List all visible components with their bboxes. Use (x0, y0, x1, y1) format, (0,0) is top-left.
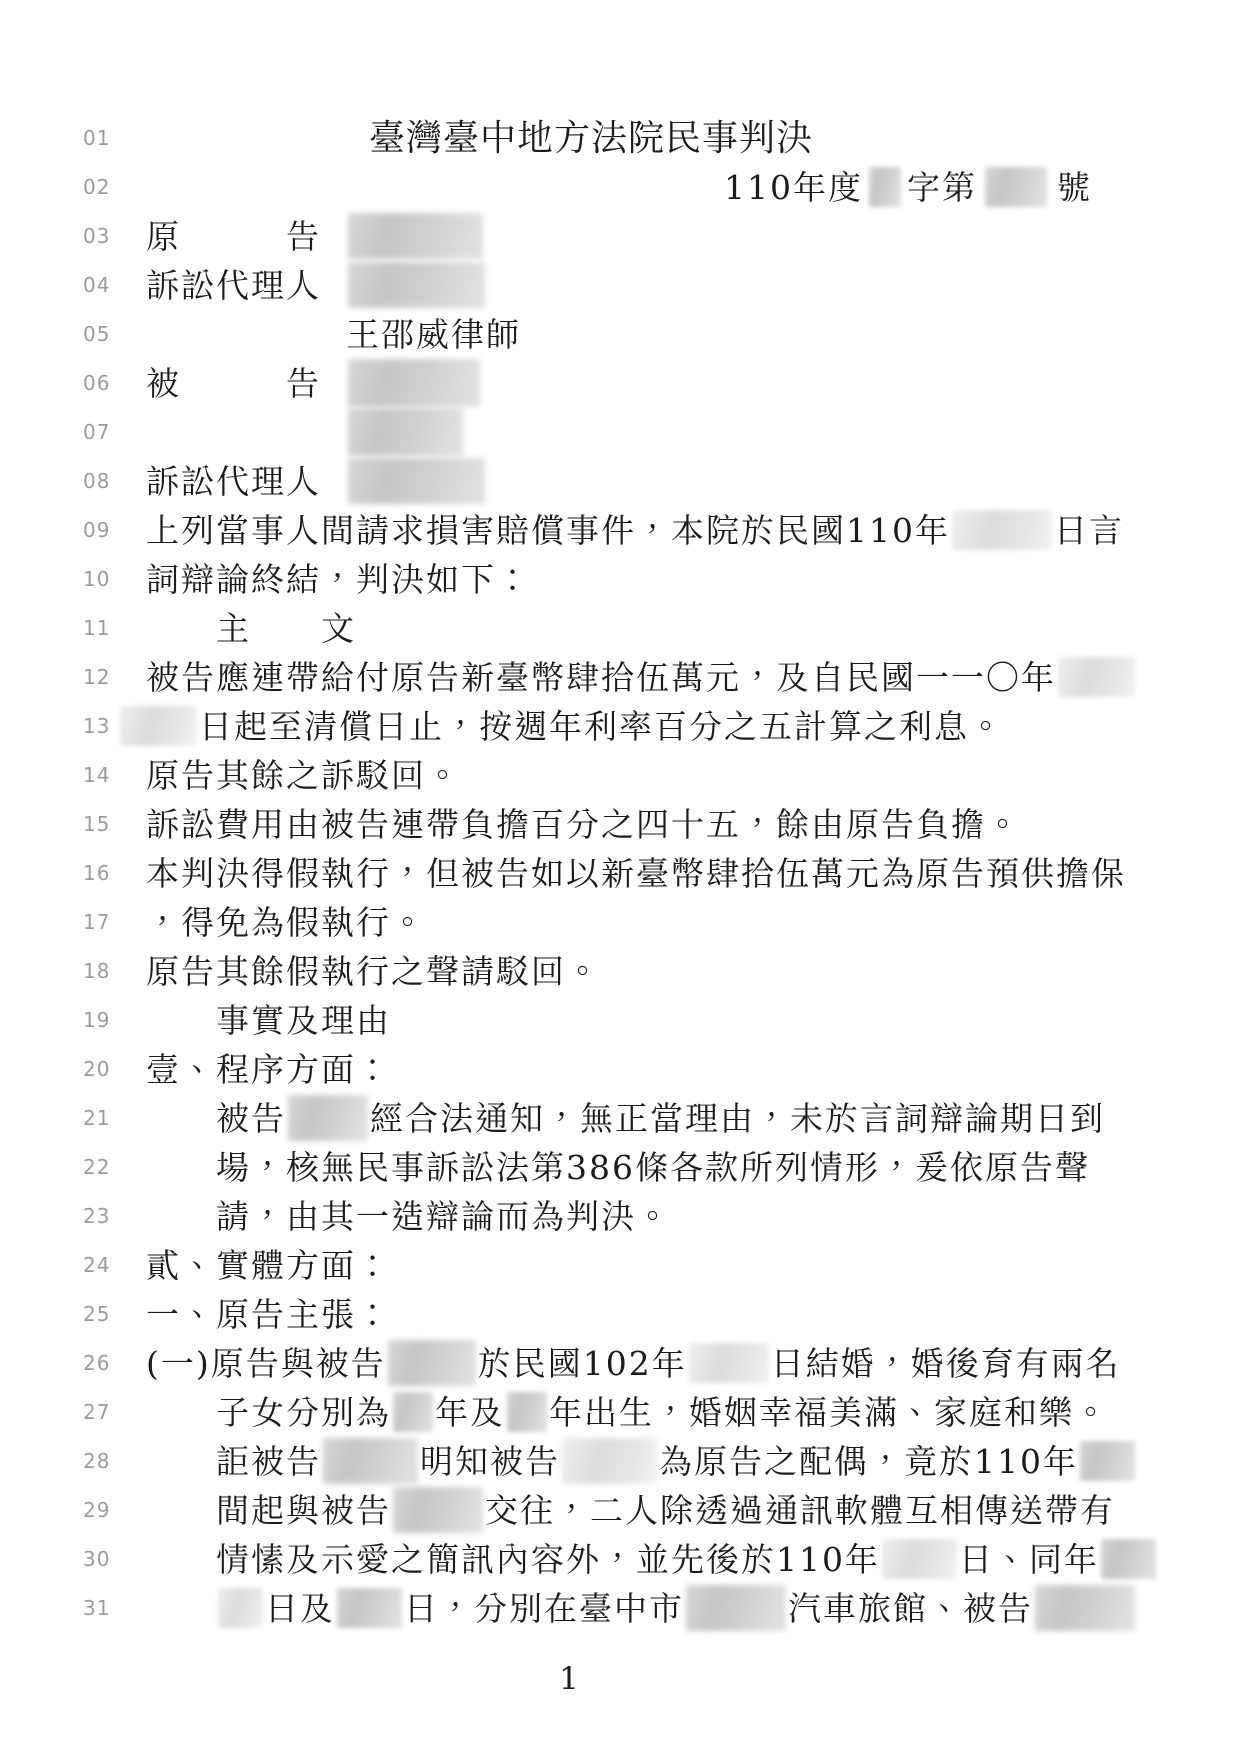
line-content: 110年度字第號 (146, 163, 1092, 212)
line-number: 19 (83, 996, 117, 1045)
document-text: 臺灣臺中地方法院民事判決 (369, 118, 813, 159)
line-number: 22 (83, 1143, 117, 1192)
redacted-text (1101, 1539, 1156, 1579)
document-text: 日、同年 (959, 1540, 1099, 1579)
line-content: 訴訟代理人 (146, 457, 1092, 506)
line-content: 被 告 (146, 359, 1092, 408)
document-text: 事實及理由 (216, 1001, 391, 1040)
line-number: 05 (83, 310, 117, 359)
line-content: 日起至清償日止，按週年利率百分之五計算之利息。 (146, 702, 1092, 751)
document-text: 本判決得假執行，但被告如以新臺幣肆拾伍萬元為原告預供擔保 (146, 854, 1126, 893)
document-line: 13日起至清償日止，按週年利率百分之五計算之利息。 (0, 702, 1238, 751)
line-content: (一)原告與被告於民國102年日結婚，婚後育有兩名 (146, 1339, 1092, 1388)
document-text: 年及 (435, 1393, 505, 1432)
document-text: 情愫及示愛之簡訊內容外，並先後於110年 (216, 1540, 880, 1579)
document-line: 25一、原告主張： (0, 1290, 1238, 1339)
document-text: 110年度 (724, 168, 863, 207)
line-number: 14 (83, 751, 117, 800)
document-line: 14原告其餘之訴駁回。 (0, 751, 1238, 800)
document-text: 明知被告 (420, 1442, 560, 1481)
line-content: 訴訟代理人 (146, 261, 1092, 310)
redacted-text (348, 213, 483, 259)
document-text: 王邵威律師 (346, 315, 521, 354)
line-number: 03 (83, 212, 117, 261)
line-number: 20 (83, 1045, 117, 1094)
document-line: 03原 告 (0, 212, 1238, 261)
line-number: 07 (83, 408, 117, 457)
document-text: 經合法通知，無正當理由，未於言詞辯論期日到 (370, 1099, 1105, 1138)
line-number: 12 (83, 653, 117, 702)
document-line: 02110年度字第號 (0, 163, 1238, 212)
document-line: 16本判決得假執行，但被告如以新臺幣肆拾伍萬元為原告預供擔保 (0, 849, 1238, 898)
line-number: 23 (83, 1192, 117, 1241)
document-line: 19事實及理由 (0, 996, 1238, 1045)
document-line: 30情愫及示愛之簡訊內容外，並先後於110年日、同年 (0, 1535, 1238, 1584)
line-number: 27 (83, 1388, 117, 1437)
document-line: 21被告經合法通知，無正當理由，未於言詞辯論期日到 (0, 1094, 1238, 1143)
page-footer: 1 (0, 1655, 1188, 1704)
document-line: 27子女分別為年及年出生，婚姻幸福美滿、家庭和樂。 (0, 1388, 1238, 1437)
document-text: 一、原告主張： (146, 1295, 391, 1334)
document-body: 01臺灣臺中地方法院民事判決02110年度字第號03原 告04訴訟代理人05王邵… (0, 114, 1238, 1633)
line-number: 06 (83, 359, 117, 408)
document-line: 20壹、程序方面： (0, 1045, 1238, 1094)
line-content: 貳、實體方面： (146, 1241, 1092, 1290)
document-line: 28詎被告明知被告為原告之配偶，竟於110年 (0, 1437, 1238, 1486)
document-text: 詎被告 (216, 1442, 321, 1481)
document-text: 主 文 (216, 609, 356, 648)
redacted-text (869, 167, 901, 207)
document-line: 15訴訟費用由被告連帶負擔百分之四十五，餘由原告負擔。 (0, 800, 1238, 849)
document-text: 為原告之配偶，竟於110年 (659, 1442, 1078, 1481)
document-text: 年出生，婚姻幸福美滿、家庭和樂。 (549, 1393, 1109, 1432)
redacted-text (323, 1438, 418, 1484)
line-number: 04 (83, 261, 117, 310)
document-line: 05王邵威律師 (0, 310, 1238, 359)
line-number: 02 (83, 163, 117, 212)
document-line: 31日及日，分別在臺中市汽車旅館、被告 (0, 1584, 1238, 1633)
line-number: 21 (83, 1094, 117, 1143)
document-text: 日言 (1054, 511, 1124, 550)
document-line: 10詞辯論終結，判決如下： (0, 555, 1238, 604)
line-content: 被告經合法通知，無正當理由，未於言詞辯論期日到 (146, 1094, 1092, 1143)
party-label: 原 告 (146, 212, 346, 261)
document-text: 交往，二人除透過通訊軟體互相傳送帶有 (485, 1491, 1115, 1530)
document-text: 請，由其一造辯論而為判決。 (216, 1197, 671, 1236)
redacted-text (1058, 657, 1135, 697)
line-number: 29 (83, 1486, 117, 1535)
page-number: 1 (559, 1661, 579, 1697)
line-content: 詞辯論終結，判決如下： (146, 555, 1092, 604)
line-content: 王邵威律師 (146, 310, 1092, 359)
line-content: 情愫及示愛之簡訊內容外，並先後於110年日、同年 (146, 1535, 1092, 1584)
document-line: 18原告其餘假執行之聲請駁回。 (0, 947, 1238, 996)
line-number: 13 (83, 702, 117, 751)
redacted-text (985, 167, 1047, 207)
document-text: 於民國102年 (478, 1344, 687, 1383)
line-content: ，得免為假執行。 (146, 898, 1092, 947)
document-line: 26(一)原告與被告於民國102年日結婚，婚後育有兩名 (0, 1339, 1238, 1388)
line-number: 28 (83, 1437, 117, 1486)
line-content: 訴訟費用由被告連帶負擔百分之四十五，餘由原告負擔。 (146, 800, 1092, 849)
document-text: 汽車旅館、被告 (788, 1589, 1033, 1628)
document-line: 24貳、實體方面： (0, 1241, 1238, 1290)
document-line: 23請，由其一造辯論而為判決。 (0, 1192, 1238, 1241)
document-text: 字第 (907, 168, 977, 207)
redacted-text (1080, 1441, 1135, 1481)
line-content (146, 408, 1092, 457)
redacted-text (686, 1585, 786, 1631)
line-number: 30 (83, 1535, 117, 1584)
line-content: 原告其餘之訴駁回。 (146, 751, 1092, 800)
document-text: (一)原告與被告 (146, 1344, 386, 1383)
redacted-text (1035, 1585, 1135, 1631)
redacted-text (348, 262, 485, 308)
document-text: 場，核無民事訴訟法第386條各款所列情形，爰依原告聲 (216, 1148, 1090, 1187)
redacted-text (507, 1392, 547, 1432)
document-text: 詞辯論終結，判決如下： (146, 560, 531, 599)
document-text: 被告 (216, 1099, 286, 1138)
redacted-text (689, 1343, 769, 1383)
redacted-text (562, 1438, 657, 1484)
line-content: 原 告 (146, 212, 1092, 261)
redacted-text (218, 1588, 263, 1628)
party-label: 訴訟代理人 (146, 457, 346, 506)
redacted-text (120, 706, 197, 746)
document-line: 04訴訟代理人 (0, 261, 1238, 310)
redacted-text (393, 1487, 483, 1533)
document-text: ，得免為假執行。 (146, 903, 426, 942)
document-line: 11主 文 (0, 604, 1238, 653)
document-line: 08訴訟代理人 (0, 457, 1238, 506)
document-text: 日結婚，婚後育有兩名 (771, 1344, 1121, 1383)
redacted-text (882, 1539, 957, 1579)
document-text: 間起與被告 (216, 1491, 391, 1530)
document-text: 上列當事人間請求損害賠償事件，本院於民國110年 (146, 511, 950, 550)
line-number: 25 (83, 1290, 117, 1339)
line-content: 被告應連帶給付原告新臺幣肆拾伍萬元，及自民國一一〇年 (146, 653, 1092, 702)
line-number: 10 (83, 555, 117, 604)
document-line: 22場，核無民事訴訟法第386條各款所列情形，爰依原告聲 (0, 1143, 1238, 1192)
line-number: 18 (83, 947, 117, 996)
document-text: 日，分別在臺中市 (404, 1589, 684, 1628)
document-line: 12被告應連帶給付原告新臺幣肆拾伍萬元，及自民國一一〇年 (0, 653, 1238, 702)
redacted-text (388, 1340, 476, 1386)
line-number: 31 (83, 1584, 117, 1633)
document-line: 07 (0, 408, 1238, 457)
line-content: 壹、程序方面： (146, 1045, 1092, 1094)
line-number: 24 (83, 1241, 117, 1290)
document-text: 子女分別為 (216, 1393, 391, 1432)
document-line: 06被 告 (0, 359, 1238, 408)
line-content: 場，核無民事訴訟法第386條各款所列情形，爰依原告聲 (146, 1143, 1092, 1192)
document-text: 號 (1057, 168, 1092, 207)
redacted-text (348, 359, 480, 407)
line-content: 詎被告明知被告為原告之配偶，竟於110年 (146, 1437, 1092, 1486)
line-number: 01 (83, 114, 117, 163)
line-content: 間起與被告交往，二人除透過通訊軟體互相傳送帶有 (146, 1486, 1092, 1535)
line-number: 26 (83, 1339, 117, 1388)
document-text: 貳、實體方面： (146, 1246, 391, 1285)
line-number: 16 (83, 849, 117, 898)
party-label: 訴訟代理人 (146, 261, 346, 310)
document-text: 日及 (265, 1589, 335, 1628)
line-content: 臺灣臺中地方法院民事判決 (146, 114, 1092, 163)
line-content: 上列當事人間請求損害賠償事件，本院於民國110年日言 (146, 506, 1092, 555)
line-number: 08 (83, 457, 117, 506)
line-content: 事實及理由 (146, 996, 1092, 1045)
redacted-text (952, 510, 1052, 550)
line-number: 17 (83, 898, 117, 947)
line-number: 09 (83, 506, 117, 555)
line-content: 日及日，分別在臺中市汽車旅館、被告 (146, 1584, 1092, 1633)
line-content: 一、原告主張： (146, 1290, 1092, 1339)
document-line: 29間起與被告交往，二人除透過通訊軟體互相傳送帶有 (0, 1486, 1238, 1535)
party-label: 被 告 (146, 359, 346, 408)
redacted-text (348, 458, 485, 504)
line-content: 主 文 (146, 604, 1092, 653)
document-text: 原告其餘假執行之聲請駁回。 (146, 952, 601, 991)
line-content: 原告其餘假執行之聲請駁回。 (146, 947, 1092, 996)
redacted-text (337, 1588, 402, 1628)
document-text: 訴訟費用由被告連帶負擔百分之四十五，餘由原告負擔。 (146, 805, 1021, 844)
judgment-document-page: 01臺灣臺中地方法院民事判決02110年度字第號03原 告04訴訟代理人05王邵… (0, 0, 1238, 1752)
redacted-text (288, 1095, 368, 1141)
line-number: 11 (83, 604, 117, 653)
line-content: 請，由其一造辯論而為判決。 (146, 1192, 1092, 1241)
document-text: 被告應連帶給付原告新臺幣肆拾伍萬元，及自民國一一〇年 (146, 658, 1056, 697)
document-line: 17，得免為假執行。 (0, 898, 1238, 947)
line-number: 15 (83, 800, 117, 849)
document-line: 01臺灣臺中地方法院民事判決 (0, 114, 1238, 163)
line-content: 本判決得假執行，但被告如以新臺幣肆拾伍萬元為原告預供擔保 (146, 849, 1092, 898)
document-line: 09上列當事人間請求損害賠償事件，本院於民國110年日言 (0, 506, 1238, 555)
document-text: 壹、程序方面： (146, 1050, 391, 1089)
redacted-text (393, 1392, 433, 1432)
document-text: 原告其餘之訴駁回。 (146, 756, 461, 795)
line-content: 子女分別為年及年出生，婚姻幸福美滿、家庭和樂。 (146, 1388, 1092, 1437)
document-text: 日起至清償日止，按週年利率百分之五計算之利息。 (199, 707, 1004, 746)
redacted-text (348, 408, 463, 456)
